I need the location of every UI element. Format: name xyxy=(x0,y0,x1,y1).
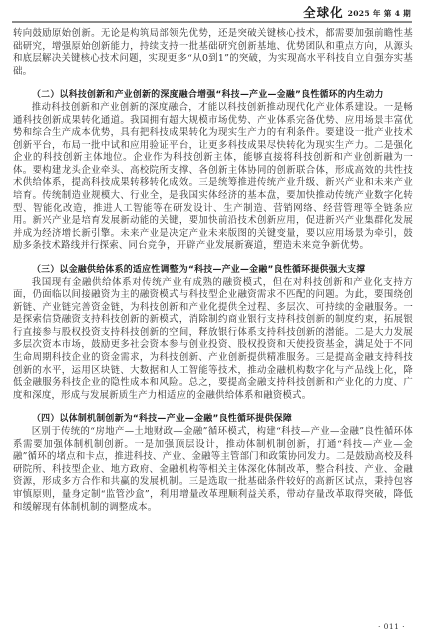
section-heading-4: （四）以体制机制创新为“科技—产业—金融”良性循环提供保障 xyxy=(13,413,413,426)
section-paragraph-3: 我国现有金融供给体系对传统产业有成熟的融资模式，但在对科技创新和产业化支持方面，… xyxy=(13,277,413,402)
section-heading-3: （三）以金融供给体系的适应性调整为“科技—产业—金融”良性循环提供强大支撑 xyxy=(13,264,413,277)
header-divider xyxy=(12,21,412,23)
journal-page: 全球化 2025 年 第 4 期 转向鼓励原始创新。无论是构筑局部领先优势，还是… xyxy=(0,0,427,641)
issue-info: 2025 年 第 4 期 xyxy=(348,8,411,20)
page-number: · 011 · xyxy=(378,622,405,631)
section-paragraph-2: 推动科技创新和产业创新的深度融合，才能以科技创新推动现代化产业体系建设。一是畅通… xyxy=(13,102,413,253)
running-header: 全球化 2025 年 第 4 期 xyxy=(303,6,411,20)
article-body: 转向鼓励原始创新。无论是构筑局部领先优势，还是突破关键核心技术，都需要加强前瞻性… xyxy=(13,28,413,514)
section-paragraph-4: 区别于传统的“房地产—土地财政—金融”循环模式，构建“科技—产业—金融”良性循环… xyxy=(13,426,413,514)
journal-name: 全球化 xyxy=(303,6,344,20)
section-heading-2: （二）以科技创新和产业创新的深度融合增强“科技—产业—金融”良性循环的内生动力 xyxy=(13,89,413,102)
intro-paragraph: 转向鼓励原始创新。无论是构筑局部领先优势，还是突破关键核心技术，都需要加强前瞻性… xyxy=(13,28,413,78)
